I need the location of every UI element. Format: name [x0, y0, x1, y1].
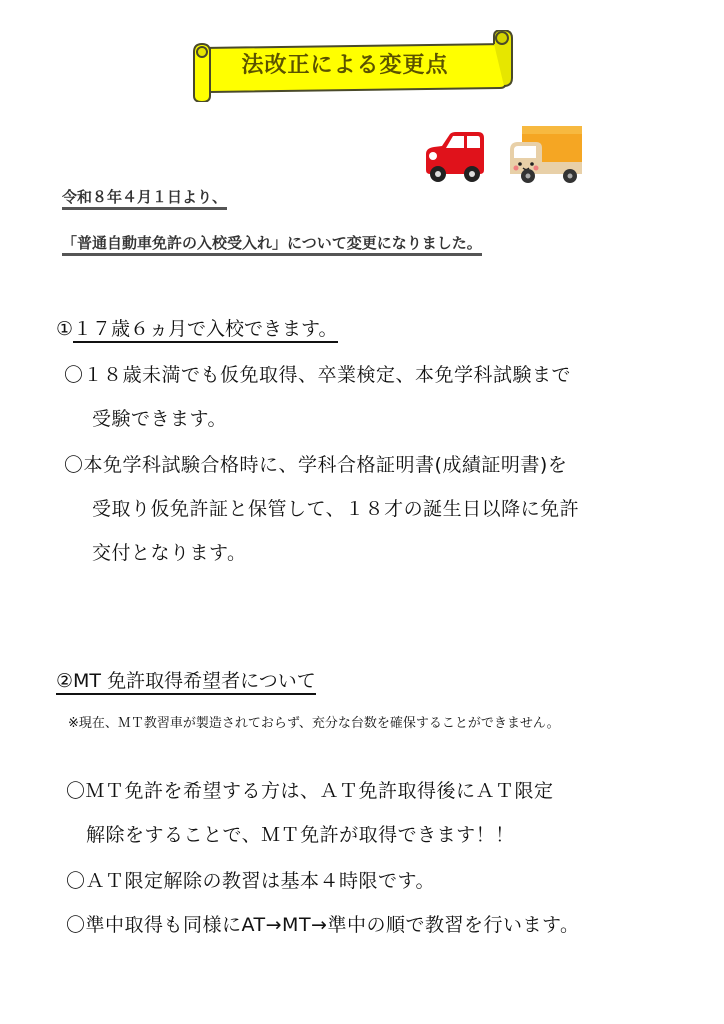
- section1-number: ①: [56, 318, 73, 340]
- banner-title: 法改正による変更点: [230, 48, 460, 79]
- section2-item1-line2: 解除をすることで、ＭＴ免許が取得できます！！: [86, 820, 515, 847]
- orange-truck-icon: [508, 124, 584, 186]
- section2-title: ②MT 免許取得希望者について: [56, 666, 316, 693]
- title-banner: 法改正による変更点: [188, 30, 526, 102]
- intro-change-line: 「普通自動車免許の入校受入れ」について変更になりました。: [62, 232, 482, 253]
- section2-heading: ②MT 免許取得希望者について: [56, 670, 316, 695]
- red-car-icon: [420, 130, 488, 184]
- section2-item1-line1: 〇ＭＴ免許を希望する方は、ＡＴ免許取得後にＡＴ限定: [66, 776, 554, 803]
- section1-item1-line1: 〇１８歳未満でも仮免取得、卒業検定、本免学科試験まで: [64, 360, 571, 387]
- section2-item3-line1: 〇準中取得も同様にAT→MT→準中の順で教習を行います。: [66, 910, 579, 937]
- section1-title: ①１７歳６ヵ月で入校できます。: [56, 314, 338, 341]
- section1-item2-line3: 交付となります。: [92, 538, 246, 565]
- section1-heading: １７歳６ヵ月で入校できます。: [73, 318, 337, 343]
- section2-item2-line1: 〇ＡＴ限定解除の教習は基本４時限です。: [66, 866, 435, 893]
- section1-item2-line1: 〇本免学科試験合格時に、学科合格証明書(成績証明書)を: [64, 450, 567, 477]
- section2-note: ※現在、ＭＴ教習車が製造されておらず、充分な台数を確保することができません。: [68, 712, 560, 731]
- section1-item2-line2: 受取り仮免許証と保管して、１８才の誕生日以降に免許: [92, 494, 579, 521]
- section1-item1-line2: 受験できます。: [92, 404, 227, 431]
- intro-date-line: 令和８年４月１日より、: [62, 186, 227, 207]
